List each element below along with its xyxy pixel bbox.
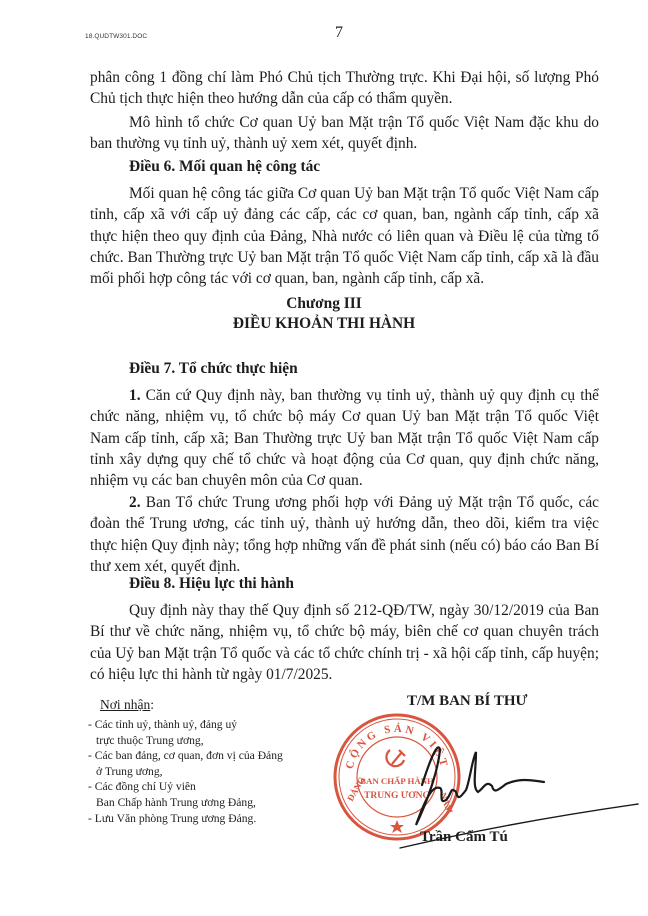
article-8-heading: Điều 8. Hiệu lực thi hành: [129, 575, 294, 593]
item-number: 2.: [129, 494, 141, 511]
recipient-item: - Các đồng chí Uỷ viên Ban Chấp hành Tru…: [88, 779, 283, 810]
recipient-item: - Các ban đảng, cơ quan, đơn vị của Đảng…: [88, 748, 283, 779]
item-number: 1.: [129, 387, 141, 404]
paragraph-text: Mô hình tổ chức Cơ quan Uỷ ban Mặt trận …: [90, 112, 599, 155]
article-8-body: Quy định này thay thế Quy định số 212-QĐ…: [90, 600, 599, 685]
article-7-item-1: 1. Căn cứ Quy định này, ban thường vụ tỉ…: [90, 385, 599, 491]
item-text: Căn cứ Quy định này, ban thường vụ tỉnh …: [90, 387, 599, 489]
article-6-heading: Điều 6. Mối quan hệ công tác: [129, 158, 320, 176]
recipient-item: - Lưu Văn phòng Trung ương Đảng.: [88, 811, 283, 827]
item-text: Ban Tổ chức Trung ương phối hợp với Đảng…: [90, 494, 599, 575]
paragraph-text: Mối quan hệ công tác giữa Cơ quan Uỷ ban…: [90, 183, 599, 289]
signer-name: Trần Cẩm Tú: [420, 829, 508, 846]
chapter-title: ĐIỀU KHOẢN THI HÀNH: [0, 314, 648, 334]
paragraph-text: Quy định này thay thế Quy định số 212-QĐ…: [90, 600, 599, 685]
document-page: 18.QUDTW301.DOC 7 phân công 1 đồng chí l…: [0, 0, 648, 916]
handwritten-signature: [380, 730, 640, 850]
paragraph-text: 1. Căn cứ Quy định này, ban thường vụ tỉ…: [90, 385, 599, 491]
page-number: 7: [335, 24, 343, 42]
recipient-item: - Các tỉnh uỷ, thành uỷ, đảng uỷ trực th…: [88, 717, 283, 748]
recipients-title: Nơi nhận:: [100, 697, 283, 713]
chapter-number: Chương III: [0, 294, 648, 314]
on-behalf-title: T/M BAN BÍ THƯ: [407, 693, 527, 710]
paragraph-text: phân công 1 đồng chí làm Phó Chủ tịch Th…: [90, 67, 599, 110]
article-7-item-2: 2. Ban Tổ chức Trung ương phối hợp với Đ…: [90, 492, 599, 577]
recipients-block: Nơi nhận: - Các tỉnh uỷ, thành uỷ, đảng …: [88, 697, 283, 826]
file-identifier: 18.QUDTW301.DOC: [85, 33, 147, 40]
special-zone-paragraph: Mô hình tổ chức Cơ quan Uỷ ban Mặt trận …: [90, 112, 599, 155]
article-7-heading: Điều 7. Tổ chức thực hiện: [129, 360, 298, 378]
continuation-paragraph: phân công 1 đồng chí làm Phó Chủ tịch Th…: [90, 67, 599, 110]
paragraph-text: 2. Ban Tổ chức Trung ương phối hợp với Đ…: [90, 492, 599, 577]
article-6-body: Mối quan hệ công tác giữa Cơ quan Uỷ ban…: [90, 183, 599, 289]
